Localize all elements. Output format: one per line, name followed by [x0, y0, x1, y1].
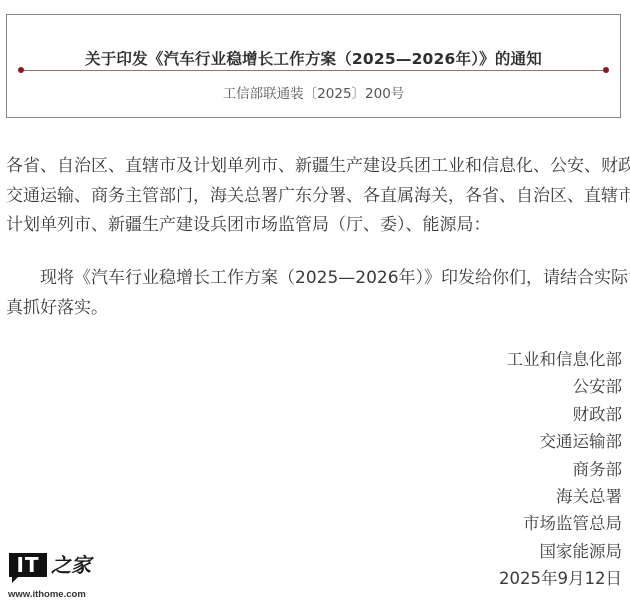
addressee-line: 计划单列市、新疆生产建设兵团市场监管局（厅、委）、能源局：: [6, 211, 624, 241]
it-logo-icon: IT: [9, 553, 47, 577]
watermark-url: www.ithome.com: [8, 589, 86, 600]
issuer-name: 市场监管总局: [499, 510, 622, 537]
issuer-name: 交通运输部: [499, 428, 622, 455]
addressee-block: 各省、自治区、直辖市及计划单列市、新疆生产建设兵团工业和信息化、公安、财政、 交…: [6, 152, 624, 241]
body-paragraph: 现将《汽车行业稳增长工作方案（2025—2026年）》印发给你们，请结合实际认 …: [6, 264, 624, 323]
watermark-chars: 之家: [51, 552, 91, 578]
issuer-name: 国家能源局: [499, 538, 622, 565]
issuer-name: 商务部: [499, 456, 622, 483]
divider-dot-right-icon: [603, 67, 609, 73]
header-divider: [21, 70, 606, 71]
issuer-name: 公安部: [499, 373, 622, 400]
issuer-name: 工业和信息化部: [499, 346, 622, 373]
document-header-box: 关于印发《汽车行业稳增长工作方案（2025—2026年）》的通知 工信部联通装〔…: [6, 14, 621, 118]
document-title: 关于印发《汽车行业稳增长工作方案（2025—2026年）》的通知: [7, 47, 620, 69]
signature-block: 工业和信息化部 公安部 财政部 交通运输部 商务部 海关总署 市场监管总局 国家…: [499, 346, 622, 593]
issue-date: 2025年9月12日: [499, 565, 622, 592]
body-line: 真抓好落实。: [6, 294, 624, 324]
addressee-line: 各省、自治区、直辖市及计划单列市、新疆生产建设兵团工业和信息化、公安、财政、: [6, 152, 624, 182]
addressee-line: 交通运输、商务主管部门，海关总署广东分署、各直属海关，各省、自治区、直辖市及: [6, 182, 624, 212]
document-number: 工信部联通装〔2025〕200号: [7, 82, 620, 102]
divider-dot-left-icon: [18, 67, 24, 73]
issuer-name: 财政部: [499, 401, 622, 428]
ithome-watermark: IT 之家 www.ithome.com: [8, 552, 100, 604]
body-line: 现将《汽车行业稳增长工作方案（2025—2026年）》印发给你们，请结合实际认: [6, 264, 624, 294]
issuer-name: 海关总署: [499, 483, 622, 510]
